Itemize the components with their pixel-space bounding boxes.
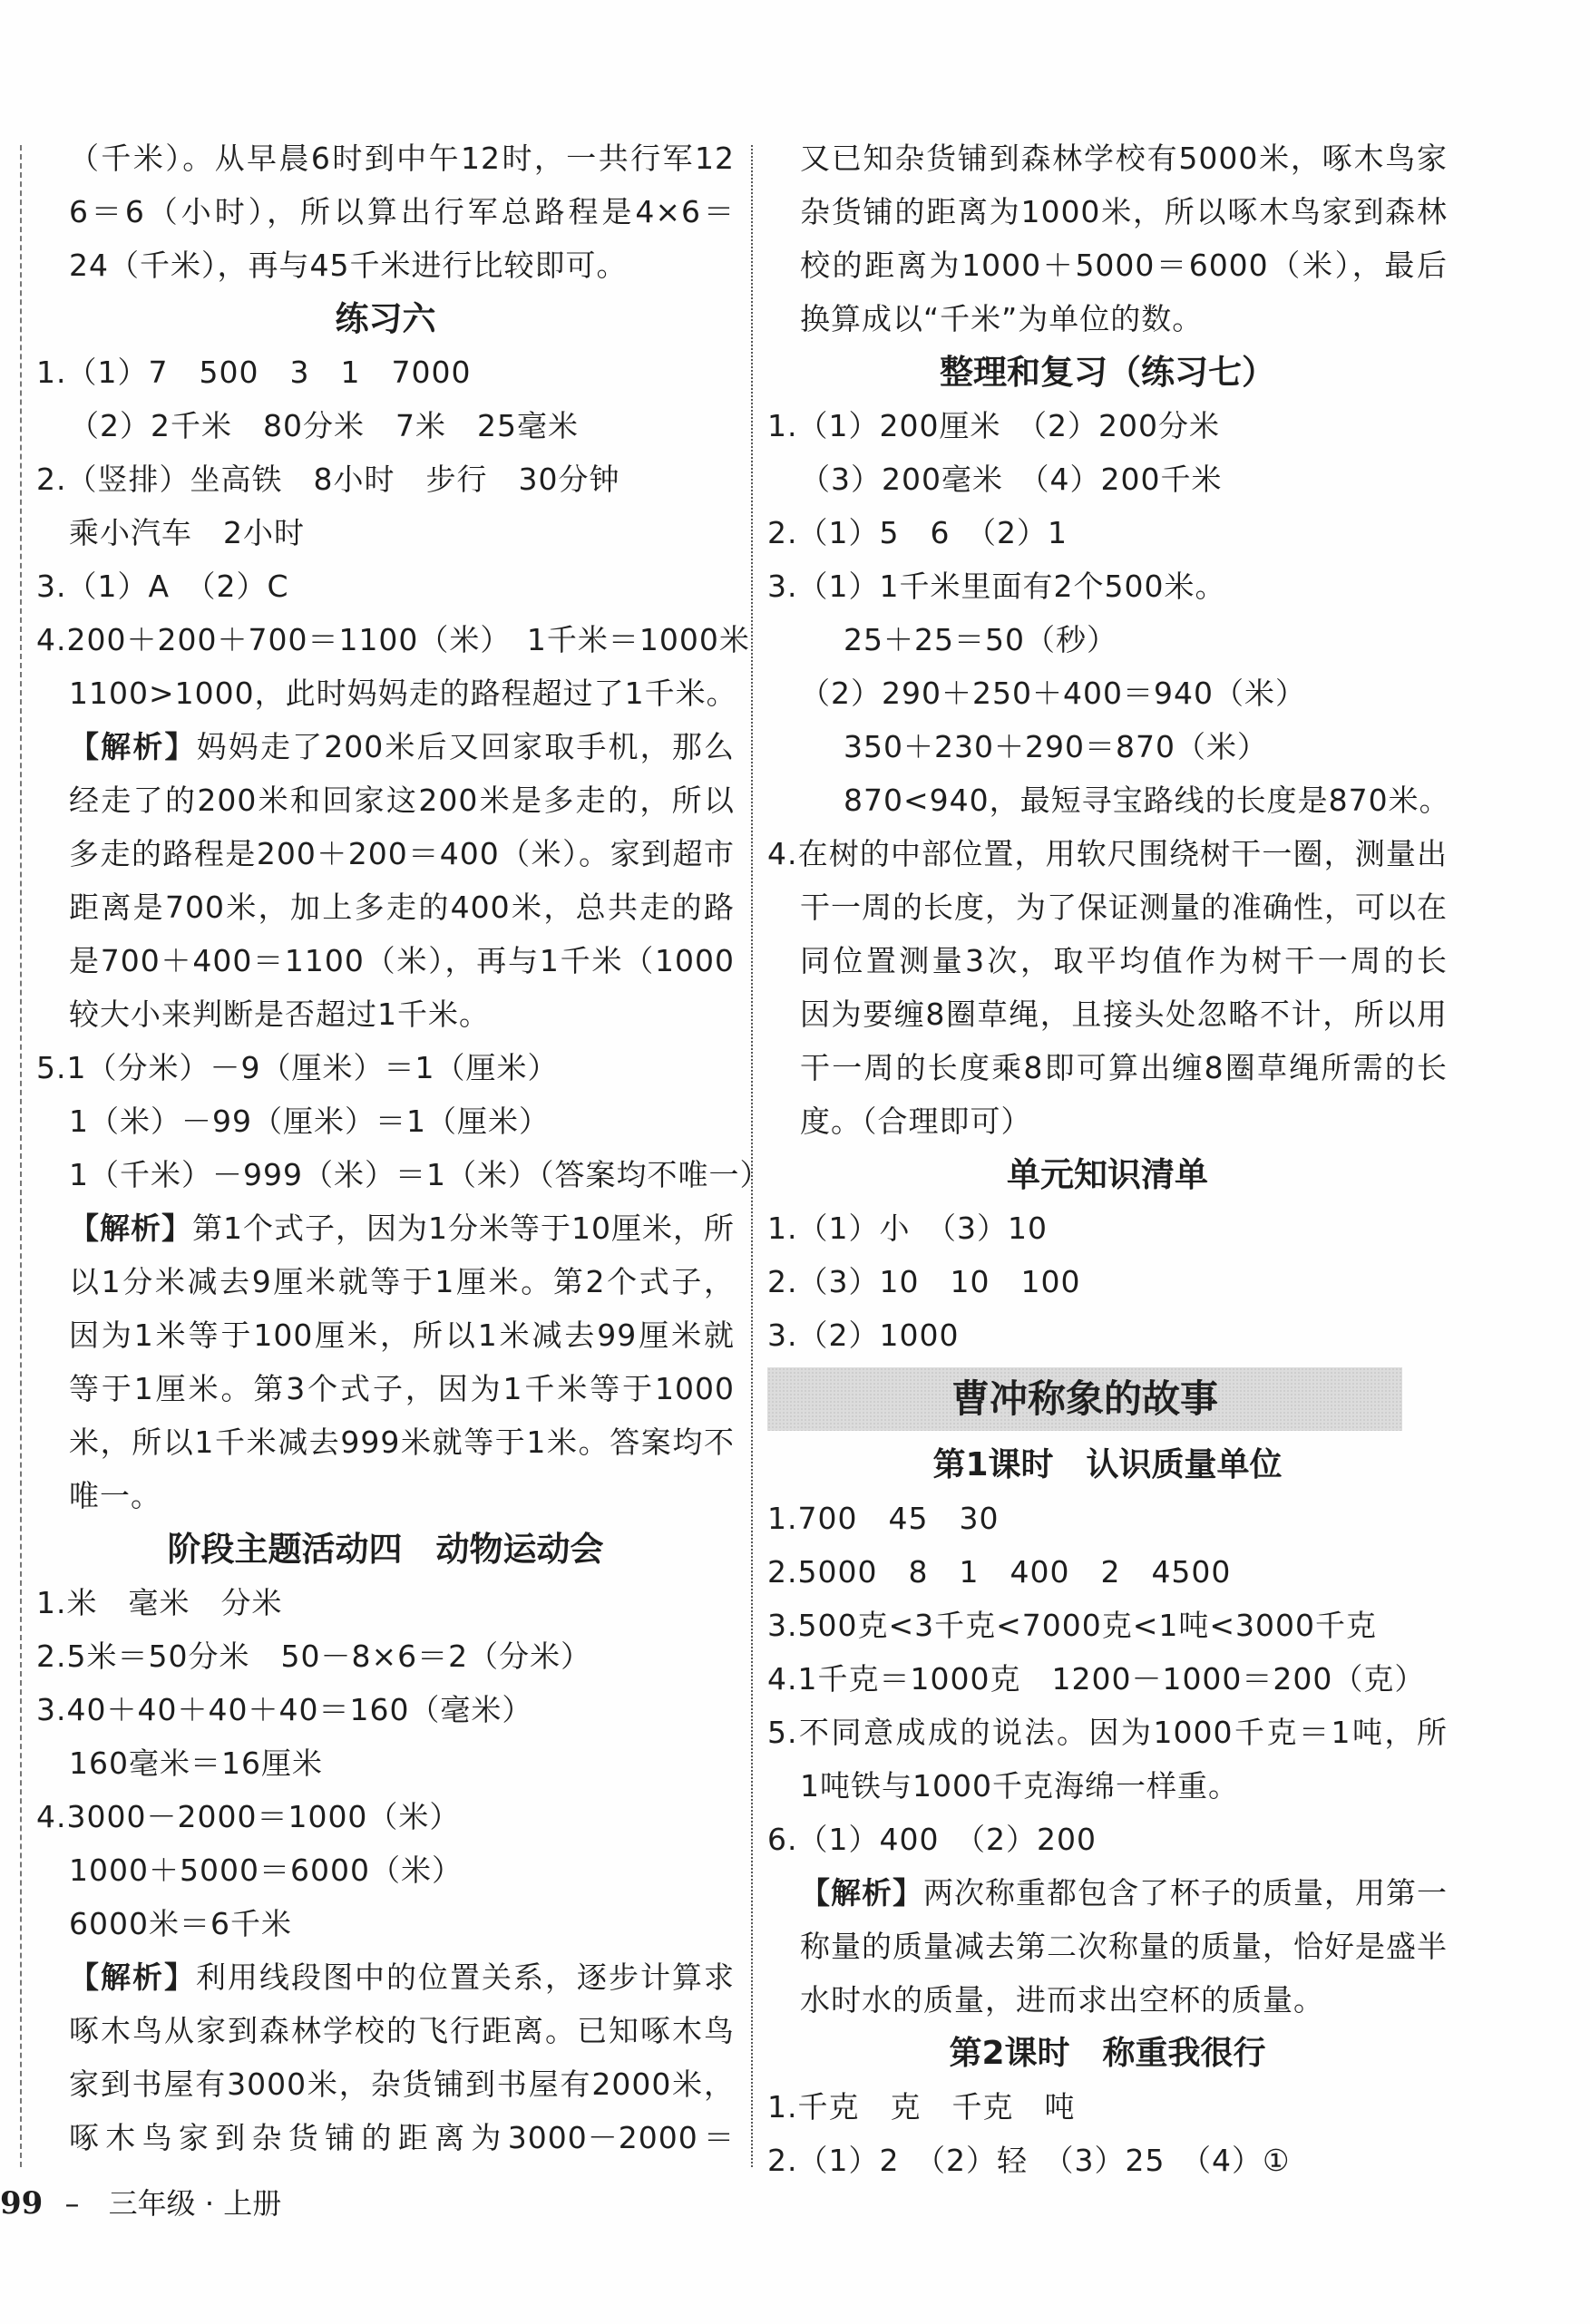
answer-line: 5.不同意成成的说法。因为1000千克＝1吨，所以	[767, 1706, 1448, 1759]
analysis-line: 【解析】两次称重都包含了杯子的质量，用第一次	[767, 1866, 1448, 1920]
answer-line: 2.5米＝50分米 50－8×6＝2（分米）	[36, 1629, 735, 1683]
right-column: 又已知杂货铺到森林学校有5000米，啄木鸟家到 杂货铺的距离为1000米，所以啄…	[767, 131, 1448, 2187]
analysis-text: 第1个式子，因为1分米等于10厘米，所	[192, 1211, 735, 1246]
page-footer: 99 – 三年级 · 上册	[0, 2181, 281, 2226]
text-line: 6＝6（小时），所以算出行军总路程是4×6＝	[36, 185, 735, 238]
answer-line: 2.（1）2 （2）轻 （3）25 （4）①	[767, 2134, 1448, 2187]
answer-line: 1（千米）－999（米）＝1（米）（答案均不唯一）	[36, 1148, 735, 1201]
analysis-line: 唯一。	[36, 1469, 735, 1522]
answer-line: 3.（2）1000	[767, 1308, 1448, 1362]
analysis-line: 米，所以1千米减去999米就等于1米。答案均不	[36, 1415, 735, 1469]
answer-line: 因为要缠8圈草绳，且接头处忽略不计，所以用树	[767, 987, 1448, 1041]
answer-line: 1.（1）200厘米 （2）200分米	[767, 399, 1448, 452]
analysis-line: 距离是700米，加上多走的400米，总共走的路程	[36, 880, 735, 934]
analysis-line: 啄木鸟从家到森林学校的飞行距离。已知啄木鸟	[36, 2004, 735, 2057]
answer-line: 3.（1）A （2）C	[36, 559, 735, 613]
section-title-checklist: 单元知识清单	[767, 1148, 1448, 1201]
answer-line: 1.700 45 30	[767, 1492, 1448, 1545]
left-margin-dashed-line	[20, 145, 22, 2167]
answer-line: 6000米＝6千米	[36, 1897, 735, 1950]
analysis-tag: 【解析】	[800, 1875, 923, 1911]
answer-line: 5.1（分米）－9（厘米）＝1（厘米）	[36, 1041, 735, 1094]
answer-line: 1000＋5000＝6000（米）	[36, 1843, 735, 1897]
footer-separator: –	[65, 2186, 80, 2221]
answer-line: （3）200毫米 （4）200千米	[767, 452, 1448, 506]
analysis-line: 多走的路程是200＋200＝400（米）。家到超市的	[36, 827, 735, 880]
analysis-line: 家到书屋有3000米，杂货铺到书屋有2000米，所以	[36, 2057, 735, 2111]
answer-line: 160毫米＝16厘米	[36, 1736, 735, 1790]
unit-banner: 曹冲称象的故事	[767, 1367, 1402, 1431]
answer-line: 2.（竖排）坐高铁 8小时 步行 30分钟	[36, 452, 735, 506]
lesson2-title: 第2课时 称重我很行	[767, 2027, 1448, 2080]
answer-line: 4.200＋200＋700＝1100（米） 1千米＝1000米	[36, 613, 735, 666]
analysis-line: 经走了的200米和回家这200米是多走的，所以	[36, 773, 735, 827]
answer-line: （2）2千米 80分米 7米 25毫米	[36, 399, 735, 452]
answer-line: 870<940，最短寻宝路线的长度是870米。	[767, 773, 1448, 827]
answer-line: （2）290＋250＋400＝940（米）	[767, 666, 1448, 720]
section-title-activity4: 阶段主题活动四 动物运动会	[36, 1522, 735, 1576]
answer-line: 3.40＋40＋40＋40＝160（毫米）	[36, 1683, 735, 1736]
section-title-review: 整理和复习（练习七）	[767, 345, 1448, 399]
analysis-tag: 【解析】	[69, 1211, 192, 1246]
answer-line: 4.3000－2000＝1000（米）	[36, 1790, 735, 1843]
answer-line: 乘小汽车 2小时	[36, 506, 735, 559]
text-line: （千米）。从早晨6时到中午12时，一共行军12－	[36, 131, 735, 185]
grade-label: 三年级 · 上册	[109, 2186, 282, 2221]
answer-line: 6.（1）400 （2）200	[767, 1813, 1448, 1866]
analysis-line: 等于1厘米。第3个式子，因为1千米等于1000	[36, 1362, 735, 1415]
analysis-tag: 【解析】	[69, 1959, 196, 1995]
analysis-line: 是700＋400＝1100（米），再与1千米（1000米）比	[36, 934, 735, 987]
answer-line: 1吨铁与1000千克海绵一样重。	[767, 1759, 1448, 1813]
analysis-line: 啄木鸟家到杂货铺的距离为3000－2000＝1000（米）。	[36, 2111, 735, 2164]
answer-line: 1.（1）7 500 3 1 7000	[36, 345, 735, 399]
answer-line: 3.（1）1千米里面有2个500米。	[767, 559, 1448, 613]
answer-line: 3.500克<3千克<7000克<1吨<3000千克	[767, 1599, 1448, 1652]
analysis-line: 较大小来判断是否超过1千米。	[36, 987, 735, 1041]
answer-line: 度。（合理即可）	[767, 1094, 1448, 1148]
answer-line: 2.5000 8 1 400 2 4500	[767, 1545, 1448, 1599]
lesson1-title: 第1课时 认识质量单位	[767, 1438, 1448, 1492]
answer-line: 1.米 毫米 分米	[36, 1576, 735, 1629]
answer-line: 1.千克 克 千克 吨	[767, 2080, 1448, 2134]
answer-line: 25＋25＝50（秒）	[767, 613, 1448, 666]
analysis-tag: 【解析】	[69, 729, 197, 764]
answer-line: 1（米）－99（厘米）＝1（厘米）	[36, 1094, 735, 1148]
analysis-line: 称量的质量减去第二次称量的质量，恰好是盛半杯	[767, 1920, 1448, 1973]
answer-line: 同位置测量3次，取平均值作为树干一周的长度。	[767, 934, 1448, 987]
text-line: 校的距离为1000＋5000＝6000（米），最后把结果	[767, 238, 1448, 292]
answer-line: 350＋230＋290＝870（米）	[767, 720, 1448, 773]
answer-line: 4.在树的中部位置，用软尺围绕树干一圈，测量出树	[767, 827, 1448, 880]
analysis-line: 【解析】利用线段图中的位置关系，逐步计算求出	[36, 1950, 735, 2004]
analysis-line: 【解析】妈妈走了200米后又回家取手机，那么已	[36, 720, 735, 773]
analysis-line: 【解析】第1个式子，因为1分米等于10厘米，所	[36, 1201, 735, 1255]
text-line: 24（千米），再与45千米进行比较即可。	[36, 238, 735, 292]
answer-page: （千米）。从早晨6时到中午12时，一共行军12－ 6＝6（小时），所以算出行军总…	[0, 0, 1590, 2324]
answer-line: 2.（1）5 6 （2）1	[767, 506, 1448, 559]
answer-line: 2.（3）10 10 100	[767, 1255, 1448, 1308]
answer-line: 干一周的长度，为了保证测量的准确性，可以在不	[767, 880, 1448, 934]
left-column: （千米）。从早晨6时到中午12时，一共行军12－ 6＝6（小时），所以算出行军总…	[36, 131, 735, 2164]
answer-line: 干一周的长度乘8即可算出缠8圈草绳所需的长	[767, 1041, 1448, 1094]
text-line: 又已知杂货铺到森林学校有5000米，啄木鸟家到	[767, 131, 1448, 185]
analysis-line: 以1分米减去9厘米就等于1厘米。第2个式子，	[36, 1255, 735, 1308]
analysis-line: 水时水的质量，进而求出空杯的质量。	[767, 1973, 1448, 2027]
page-number: 99	[0, 2185, 43, 2222]
section-title-liuxi: 练习六	[36, 292, 735, 345]
answer-line: 4.1千克＝1000克 1200－1000＝200（克）	[767, 1652, 1448, 1706]
text-line: 杂货铺的距离为1000米，所以啄木鸟家到森林学	[767, 185, 1448, 238]
text-line: 换算成以“千米”为单位的数。	[767, 292, 1448, 345]
analysis-line: 因为1米等于100厘米，所以1米减去99厘米就	[36, 1308, 735, 1362]
answer-line: 1.（1）小 （3）10	[767, 1201, 1448, 1255]
answer-line: 1100>1000，此时妈妈走的路程超过了1千米。	[36, 666, 735, 720]
